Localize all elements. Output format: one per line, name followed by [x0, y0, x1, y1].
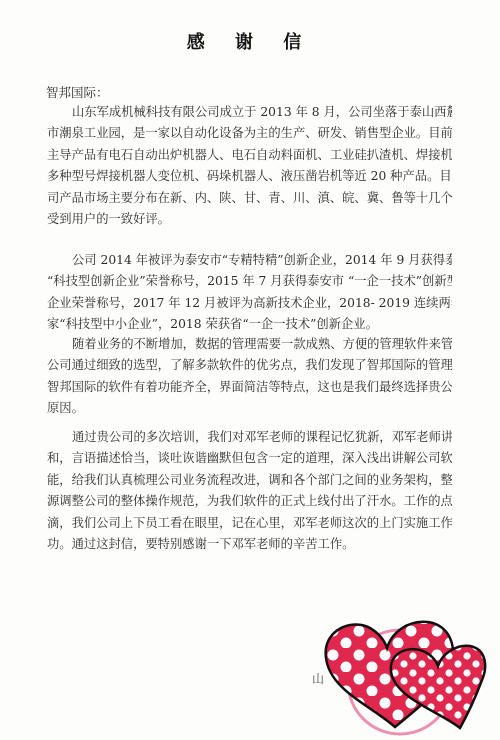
text-line: 受到用户的一致好评。 — [47, 209, 452, 230]
text-line: 多种型号焊接机器人变位机、码垛机器人、液压凿岩机等近 20 种产品。目前公 — [47, 166, 452, 187]
text-line: “科技型创新企业”荣誉称号，2015 年 7 月获得泰安市 “一企一技术”创新型 — [47, 271, 452, 292]
text-line: 滴，我们公司上下员工看在眼里，记在心里，邓军老师这次的上门实施工作很成 — [47, 513, 452, 534]
text-line: 企业荣誉称号，2017 年 12 月被评为高新技术企业，2018- 2019 连… — [47, 293, 452, 314]
paragraph-thanks-trainer: 通过贵公司的多次培训，我们对邓军老师的课程记忆犹新，邓军老师讲课随 和，言语描述… — [47, 427, 452, 555]
text-line: 公司通过细致的选型，了解多款软件的优劣点，我们发现了智邦国际的管理软件， — [47, 355, 452, 376]
text-line: 山东军成机械科技有限公司成立于 2013 年 8 月，公司坐落于泰山西麓肥城 — [47, 102, 452, 123]
text-line: 智邦国际的软件有着功能齐全，界面简洁等特点，这也是我们最终选择贵公司的 — [47, 377, 452, 398]
text-line: 和，言语描述恰当，谈吐诙谐幽默但包含一定的道理，深入浅出讲解公司软件功 — [47, 448, 452, 469]
text-line: 市潮泉工业园，是一家以自动化设备为主的生产、研发、销售型企业。目前公司 — [47, 123, 452, 144]
text-line: 源调整公司的整体操作规范，为我们软件的正式上线付出了汗水。工作的点点滴 — [47, 491, 452, 512]
text-line: 主导产品有电石自动出炉机器人、电石自动料面机、工业硅扒渣机、焊接机器人、 — [47, 145, 452, 166]
paragraph-company-intro: 山东军成机械科技有限公司成立于 2013 年 8 月，公司坐落于泰山西麓肥城 市… — [47, 102, 452, 230]
text-line: 司产品市场主要分布在新、内、陕、甘、青、川、滇、皖、冀、鲁等十几个省区， — [47, 188, 452, 209]
hearts-decoration-icon — [300, 600, 500, 740]
text-line: 通过贵公司的多次培训，我们对邓军老师的课程记忆犹新，邓军老师讲课随 — [47, 427, 452, 448]
text-line: 家“科技型中小企业”，2018 荣获省“一企一技术”创新企业。 — [47, 314, 452, 335]
text-line: 随着业务的不断增加，数据的管理需要一款成熟、方便的管理软件来管理。 — [47, 334, 452, 355]
text-line: 功。通过这封信，要特别感谢一下邓军老师的辛苦工作。 — [47, 534, 452, 555]
text-line: 公司 2014 年被评为泰安市“专精特精”创新企业，2014 年 9 月获得泰安… — [47, 250, 452, 271]
text-line: 原因。 — [47, 398, 452, 419]
paragraph-honors: 公司 2014 年被评为泰安市“专精特精”创新企业，2014 年 9 月获得泰安… — [47, 250, 452, 336]
paragraph-software-choice: 随着业务的不断增加，数据的管理需要一款成熟、方便的管理软件来管理。 公司通过细致… — [47, 334, 452, 420]
text-line: 能，给我们认真梳理公司业务流程改进，调和各个部门之间的业务架构，整合资 — [47, 470, 452, 491]
letter-title: 感 谢 信 — [0, 28, 500, 54]
salutation: 智邦国际： — [46, 83, 109, 101]
